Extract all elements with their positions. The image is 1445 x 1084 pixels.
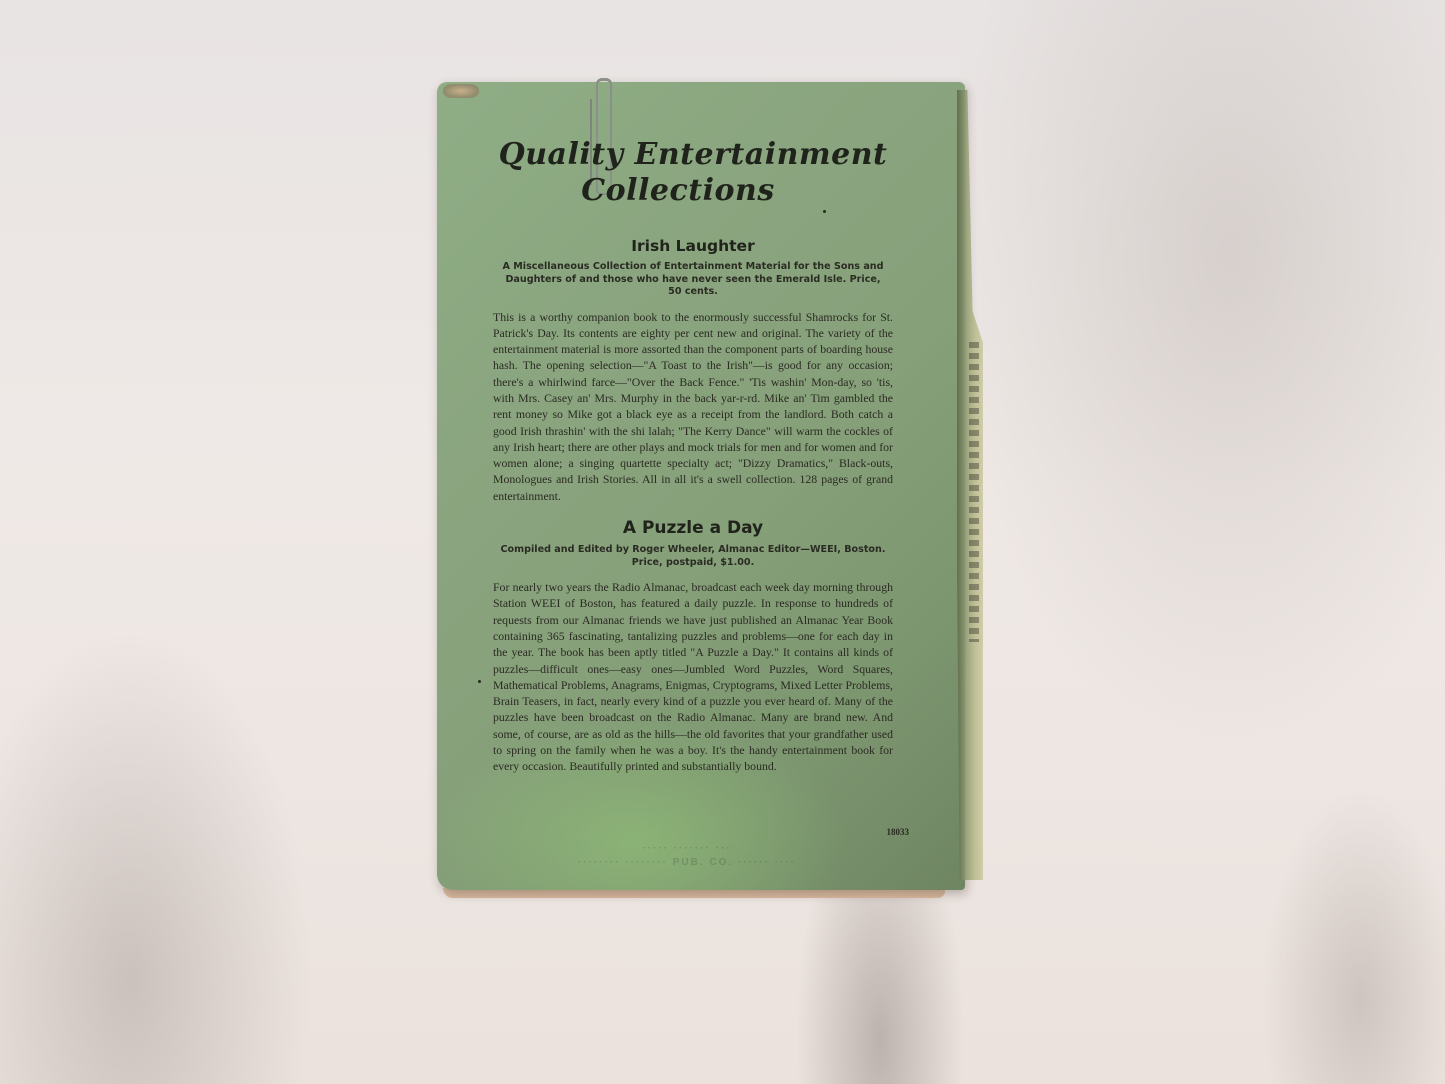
- book-back-cover: Quality Entertainment Collections Irish …: [437, 82, 965, 890]
- book-page-edge: [443, 888, 945, 898]
- cover-content: Quality Entertainment Collections Irish …: [493, 137, 893, 775]
- section-title-puzzle-a-day: A Puzzle a Day: [493, 518, 893, 538]
- ink-speck: [478, 680, 481, 683]
- ink-speck: [823, 210, 826, 213]
- section-title-irish-laughter: Irish Laughter: [493, 237, 893, 255]
- cover-title: Quality Entertainment Collections: [493, 137, 893, 209]
- faint-publisher-stamp: ····· ······· ··· ········ ········ PUB.…: [477, 842, 897, 870]
- spine-print: [969, 342, 979, 642]
- stamp-line1: ····· ······· ···: [477, 842, 897, 856]
- cover-title-line2: Collections: [463, 173, 893, 209]
- stamp-line2: ········ ········ PUB. CO. ······ ····: [477, 856, 897, 870]
- section-subtitle-puzzle-a-day: Compiled and Edited by Roger Wheeler, Al…: [499, 544, 887, 569]
- section-body-puzzle-a-day: For nearly two years the Radio Almanac, …: [493, 579, 893, 775]
- worn-corner: [443, 84, 479, 98]
- section-body-irish-laughter: This is a worthy companion book to the e…: [493, 309, 893, 505]
- cover-title-line1: Quality Entertainment: [499, 137, 888, 172]
- catalog-number: 18033: [887, 827, 910, 837]
- section-subtitle-irish-laughter: A Miscellaneous Collection of Entertainm…: [499, 261, 887, 299]
